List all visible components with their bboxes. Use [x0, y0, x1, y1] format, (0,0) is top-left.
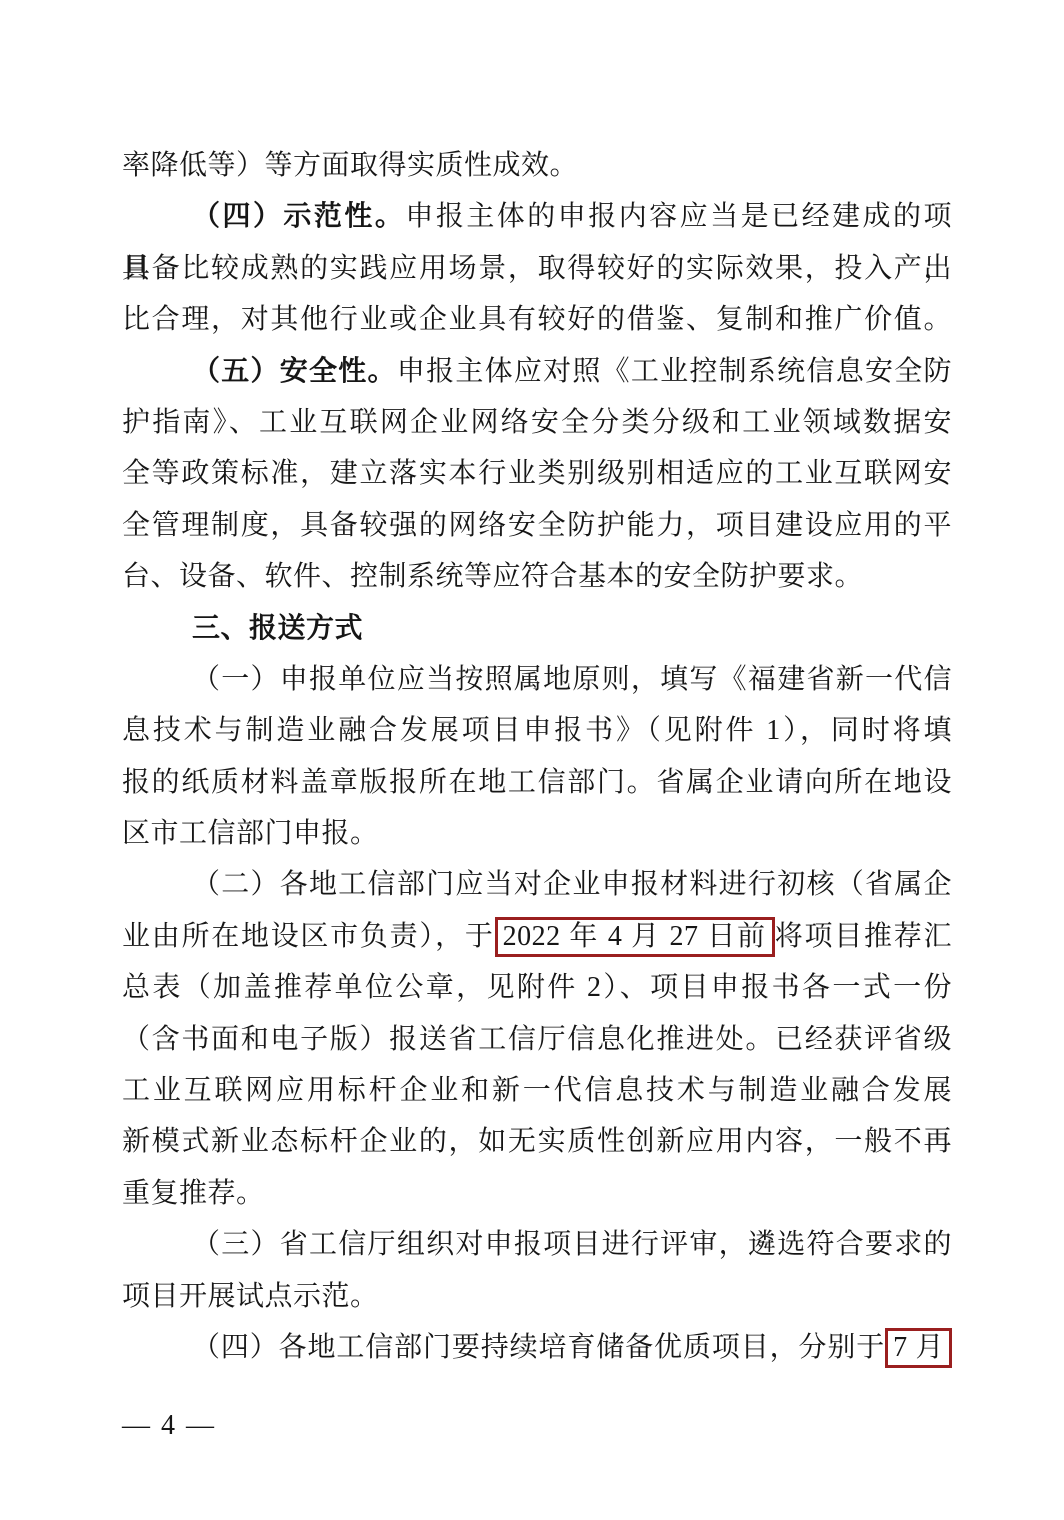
document-line: 具备比较成熟的实践应用场景，取得较好的实际效果，投入产出 — [122, 243, 952, 294]
highlight-box: 2022 年 4 月 27 日前 — [495, 917, 775, 957]
document-line: （一）申报单位应当按照属地原则，填写《福建省新一代信 — [122, 654, 952, 705]
text-run: （含书面和电子版）报送省工信厅信息化推进处。已经获评省级 — [122, 1024, 952, 1055]
document-line: 区市工信部门申报。 — [122, 808, 952, 859]
text-run: 息技术与制造业融合发展项目申报书》（见附件 1），同时将填 — [122, 715, 952, 746]
document-line: 项目开展试点示范。 — [122, 1271, 952, 1322]
text-run: （四）各地工信部门要持续培育储备优质项目，分别于 — [192, 1332, 885, 1363]
document-line: （五）安全性。申报主体应对照《工业控制系统信息安全防 — [122, 346, 952, 397]
document-line: 率降低等）等方面取得实质性成效。 — [122, 140, 952, 191]
text-run: 全管理制度，具备较强的网络安全防护能力，项目建设应用的平 — [122, 510, 952, 541]
text-run: 重复推荐。 — [122, 1178, 265, 1209]
document-line: 三、报送方式 — [122, 603, 952, 654]
text-run: 总表（加盖推荐单位公章，见附件 2）、项目申报书各一式一份 — [122, 972, 952, 1003]
text-run: 申报主体应对照《工业控制系统信息安全防 — [397, 356, 952, 387]
document-line: 全管理制度，具备较强的网络安全防护能力，项目建设应用的平 — [122, 500, 952, 551]
document-line: （四）示范性。申报主体的申报内容应当是已经建成的项目， — [122, 191, 952, 242]
text-run: 业由所在地设区市负责），于 — [122, 921, 495, 952]
document-line: 工业互联网应用标杆企业和新一代信息技术与制造业融合发展 — [122, 1065, 952, 1116]
text-run: 护指南》、工业互联网企业网络安全分类分级和工业领域数据安 — [122, 407, 952, 438]
document-line: 重复推荐。 — [122, 1168, 952, 1219]
document-line: 台、设备、软件、控制系统等应符合基本的安全防护要求。 — [122, 551, 952, 602]
document-line: （含书面和电子版）报送省工信厅信息化推进处。已经获评省级 — [122, 1014, 952, 1065]
text-run: 区市工信部门申报。 — [122, 818, 379, 849]
text-run: 报的纸质材料盖章版报所在地工信部门。省属企业请向所在地设 — [122, 767, 952, 798]
document-line: （二）各地工信部门应当对企业申报材料进行初核（省属企 — [122, 859, 952, 910]
document-line: 全等政策标准，建立落实本行业类别级别相适应的工业互联网安 — [122, 448, 952, 499]
text-run: 台、设备、软件、控制系统等应符合基本的安全防护要求。 — [122, 561, 863, 592]
scanned-document-page: 率降低等）等方面取得实质性成效。（四）示范性。申报主体的申报内容应当是已经建成的… — [0, 0, 1064, 1520]
text-run: 全等政策标准，建立落实本行业类别级别相适应的工业互联网安 — [122, 458, 952, 489]
text-run: 比合理，对其他行业或企业具有较好的借鉴、复制和推广价值。 — [122, 304, 952, 335]
document-body: 率降低等）等方面取得实质性成效。（四）示范性。申报主体的申报内容应当是已经建成的… — [122, 140, 952, 1373]
text-run: 具备比较成熟的实践应用场景，取得较好的实际效果，投入产出 — [122, 253, 952, 284]
text-run: 工业互联网应用标杆企业和新一代信息技术与制造业融合发展 — [122, 1075, 952, 1106]
bold-heading-run: 三、报送方式 — [192, 613, 363, 644]
document-line: （四）各地工信部门要持续培育储备优质项目，分别于7 月 — [122, 1322, 952, 1373]
text-run: 将项目推荐汇 — [775, 921, 952, 952]
page-number: — 4 — — [122, 1406, 216, 1446]
text-run: （一）申报单位应当按照属地原则，填写《福建省新一代信 — [192, 664, 952, 695]
text-run: （三）省工信厅组织对申报项目进行评审，遴选符合要求的 — [192, 1229, 952, 1260]
document-line: 新模式新业态标杆企业的，如无实质性创新应用内容，一般不再 — [122, 1116, 952, 1167]
document-line: 息技术与制造业融合发展项目申报书》（见附件 1），同时将填 — [122, 705, 952, 756]
document-line: 总表（加盖推荐单位公章，见附件 2）、项目申报书各一式一份 — [122, 962, 952, 1013]
text-run: 率降低等）等方面取得实质性成效。 — [122, 150, 578, 181]
document-line: 比合理，对其他行业或企业具有较好的借鉴、复制和推广价值。 — [122, 294, 952, 345]
document-line: 护指南》、工业互联网企业网络安全分类分级和工业领域数据安 — [122, 397, 952, 448]
highlight-box: 7 月 — [885, 1328, 952, 1368]
bold-heading-run: （四）示范性。 — [192, 201, 405, 232]
document-line: 业由所在地设区市负责），于2022 年 4 月 27 日前将项目推荐汇 — [122, 911, 952, 962]
text-run: （二）各地工信部门应当对企业申报材料进行初核（省属企 — [192, 869, 952, 900]
document-line: （三）省工信厅组织对申报项目进行评审，遴选符合要求的 — [122, 1219, 952, 1270]
text-run: 项目开展试点示范。 — [122, 1281, 379, 1312]
document-line: 报的纸质材料盖章版报所在地工信部门。省属企业请向所在地设 — [122, 757, 952, 808]
bold-heading-run: （五）安全性。 — [192, 356, 397, 387]
text-run: 新模式新业态标杆企业的，如无实质性创新应用内容，一般不再 — [122, 1126, 952, 1157]
